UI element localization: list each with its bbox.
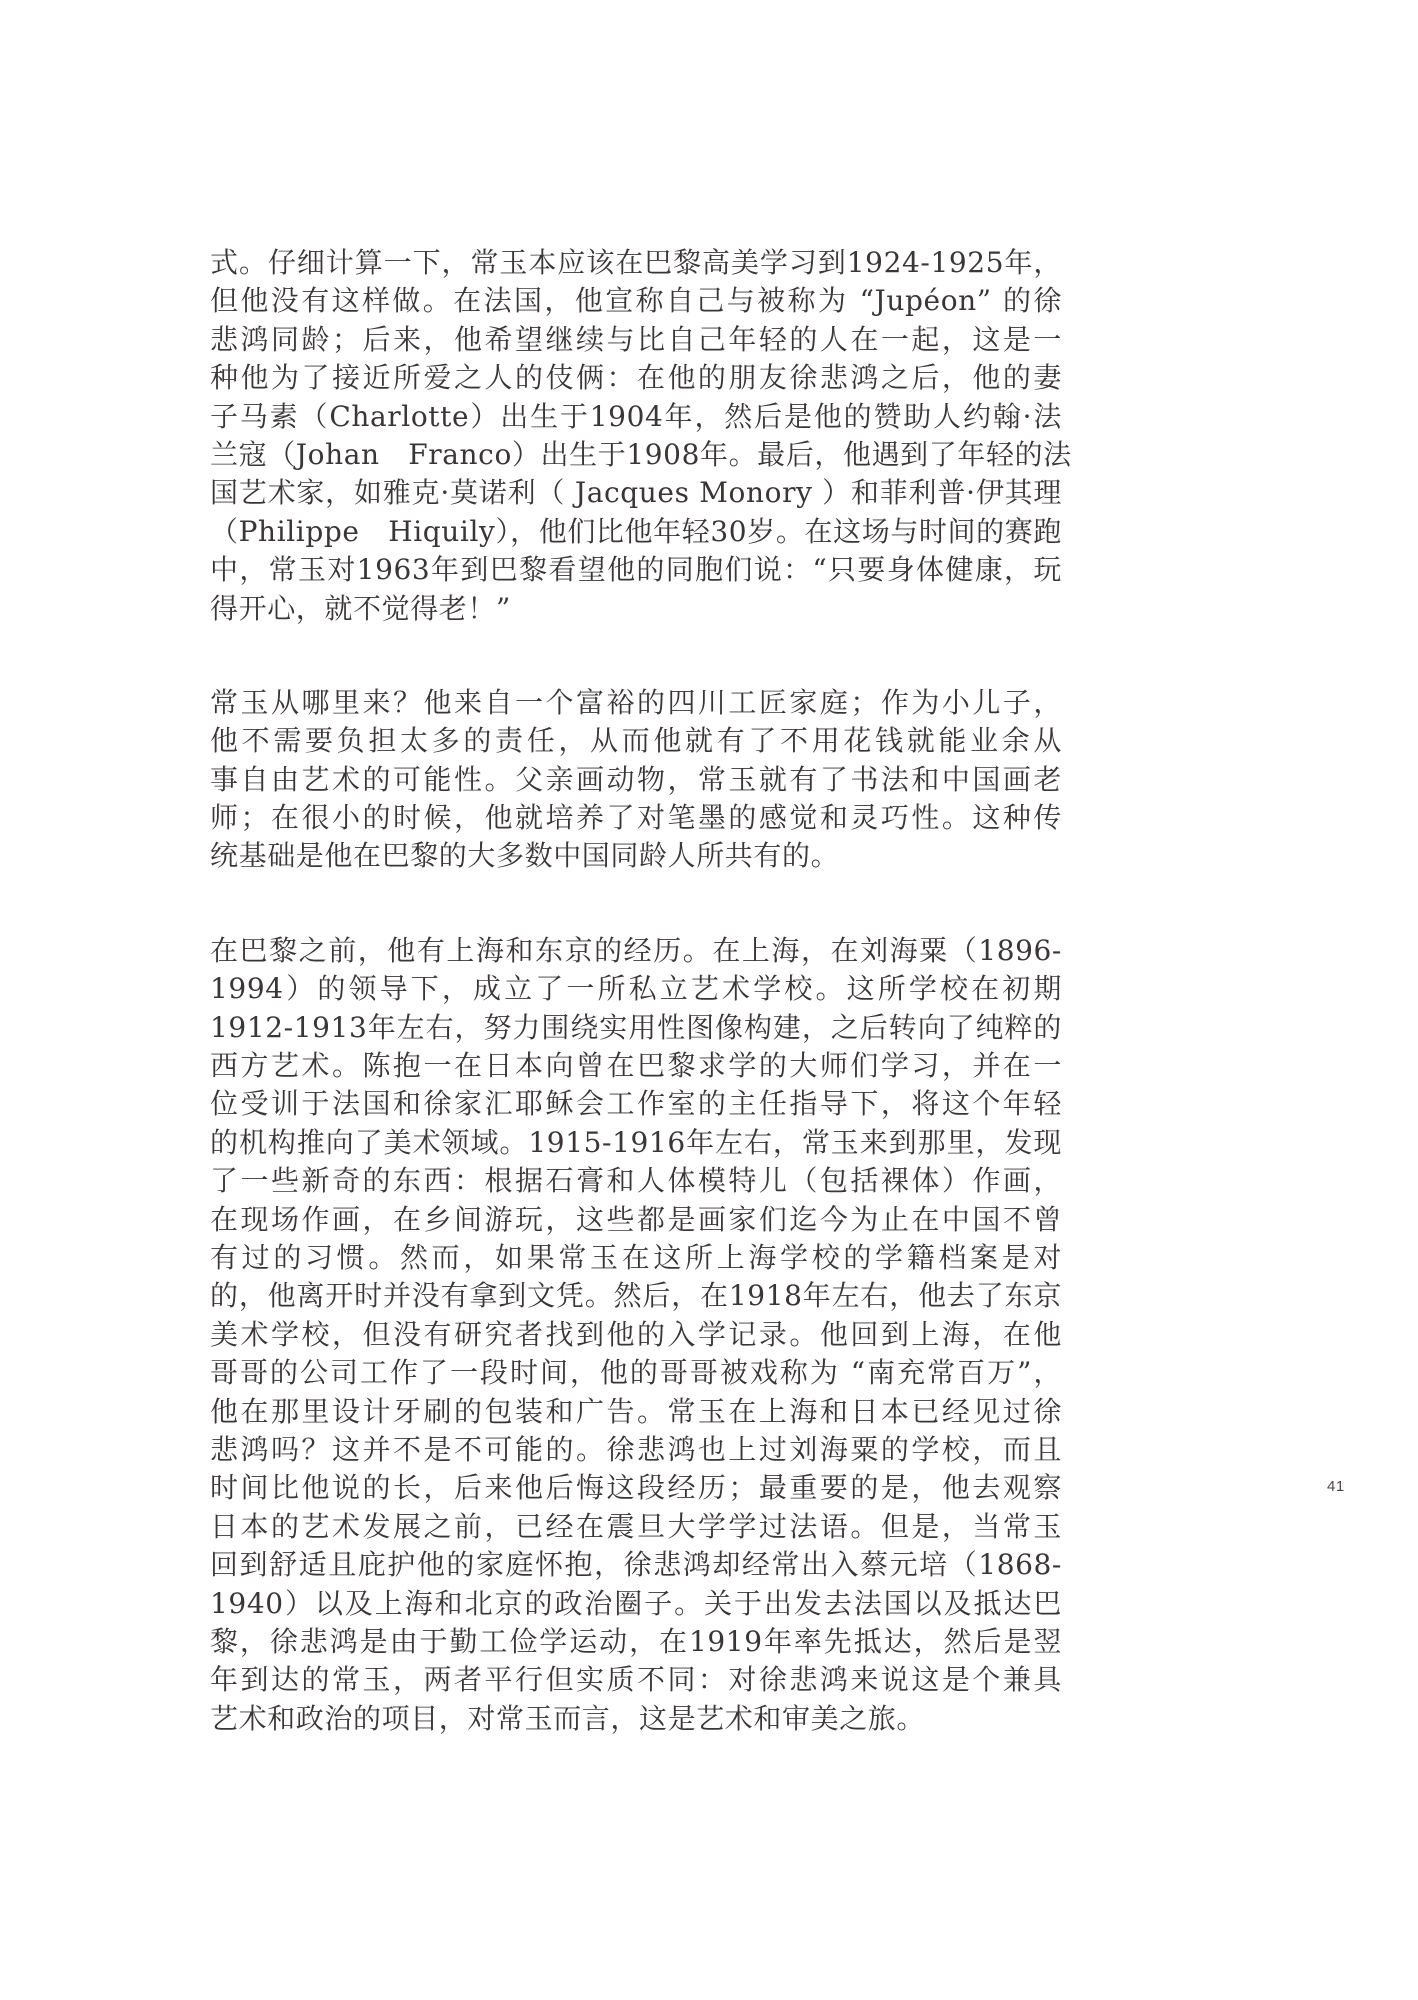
text-line: 西方艺术。陈抱一在日本向曾在巴黎求学的大师们学习，并在一 [210,1047,1062,1085]
text-line: 在现场作画，在乡间游玩，这些都是画家们迄今为止在中国不曾 [210,1201,1062,1239]
text-line: 艺术和政治的项目，对常玉而言，这是艺术和审美之旅。 [210,1700,1062,1738]
text-line: 种他为了接近所爱之人的伎俩：在他的朋友徐悲鸿之后，他的妻 [210,359,1062,397]
text-line: 年到达的常玉，两者平行但实质不同：对徐悲鸿来说这是个兼具 [210,1661,1062,1699]
text-line: 有过的习惯。然而，如果常玉在这所上海学校的学籍档案是对 [210,1239,1062,1277]
text-line: 中，常玉对1963年到巴黎看望他的同胞们说：“只要身体健康，玩 [210,551,1062,589]
text-line: 悲鸿同龄；后来，他希望继续与比自己年轻的人在一起，这是一 [210,321,1062,359]
text-line: 统基础是他在巴黎的大多数中国同龄人所共有的。 [210,837,1062,875]
text-line: 事自由艺术的可能性。父亲画动物，常玉就有了书法和中国画老 [210,761,1062,799]
text-line: 哥哥的公司工作了一段时间，他的哥哥被戏称为 “南充常百万”， [210,1354,1062,1392]
text-line: 位受训于法国和徐家汇耶稣会工作室的主任指导下，将这个年轻 [210,1085,1062,1123]
text-line: 常玉从哪里来？他来自一个富裕的四川工匠家庭；作为小儿子， [210,684,1062,722]
text-line: 在巴黎之前，他有上海和东京的经历。在上海，在刘海粟（1896- [210,932,1062,970]
text-line: 的机构推向了美术领域。1915-1916年左右，常玉来到那里，发现 [210,1124,1062,1162]
text-line: 1940）以及上海和北京的政治圈子。关于出发去法国以及抵达巴 [210,1585,1062,1623]
text-line: 子马素（Charlotte）出生于1904年，然后是他的赞助人约翰·法 [210,398,1062,436]
paragraph-3: 在巴黎之前，他有上海和东京的经历。在上海，在刘海粟（1896- 1994）的领导… [210,932,1062,1738]
text-line: 但他没有这样做。在法国，他宣称自己与被称为 “Jupéon” 的徐 [210,282,1062,320]
text-line: 回到舒适且庇护他的家庭怀抱，徐悲鸿却经常出入蔡元培（1868- [210,1546,1062,1584]
text-line: 兰寇（Johan Franco）出生于1908年。最后，他遇到了年轻的法 [210,436,1062,474]
text-line: 他不需要负担太多的责任，从而他就有了不用花钱就能业余从 [210,722,1062,760]
text-line: 师；在很小的时候，他就培养了对笔墨的感觉和灵巧性。这种传 [210,799,1062,837]
text-line: 国艺术家，如雅克·莫诺利（ Jacques Monory ）和菲利普·伊其理 [210,474,1062,512]
text-line: 1912-1913年左右，努力围绕实用性图像构建，之后转向了纯粹的 [210,1009,1062,1047]
text-line: 他在那里设计牙刷的包装和广告。常玉在上海和日本已经见过徐 [210,1393,1062,1431]
text-line: 式。仔细计算一下，常玉本应该在巴黎高美学习到1924-1925年， [210,244,1062,282]
text-line: 悲鸿吗？这并不是不可能的。徐悲鸿也上过刘海粟的学校，而且 [210,1431,1062,1469]
text-line: （Philippe Hiquily），他们比他年轻30岁。在这场与时间的赛跑 [210,513,1062,551]
text-line: 黎，徐悲鸿是由于勤工俭学运动，在1919年率先抵达，然后是翌 [210,1623,1062,1661]
paragraph-1: 式。仔细计算一下，常玉本应该在巴黎高美学习到1924-1925年， 但他没有这样… [210,244,1062,628]
text-line: 得开心，就不觉得老！” [210,590,1062,628]
paragraph-2: 常玉从哪里来？他来自一个富裕的四川工匠家庭；作为小儿子， 他不需要负担太多的责任… [210,684,1062,876]
document-page: 式。仔细计算一下，常玉本应该在巴黎高美学习到1924-1925年， 但他没有这样… [0,0,1418,2000]
text-line: 的，他离开时并没有拿到文凭。然后，在1918年左右，他去了东京 [210,1277,1062,1315]
text-line: 了一些新奇的东西：根据石膏和人体模特儿（包括裸体）作画， [210,1162,1062,1200]
text-line: 时间比他说的长，后来他后悔这段经历；最重要的是，他去观察 [210,1469,1062,1507]
body-text: 式。仔细计算一下，常玉本应该在巴黎高美学习到1924-1925年， 但他没有这样… [210,244,1062,1738]
text-line: 美术学校，但没有研究者找到他的入学记录。他回到上海，在他 [210,1316,1062,1354]
text-line: 1994）的领导下，成立了一所私立艺术学校。这所学校在初期 [210,970,1062,1008]
text-line: 日本的艺术发展之前，已经在震旦大学学过法语。但是，当常玉 [210,1508,1062,1546]
page-number: 41 [1327,1478,1345,1495]
